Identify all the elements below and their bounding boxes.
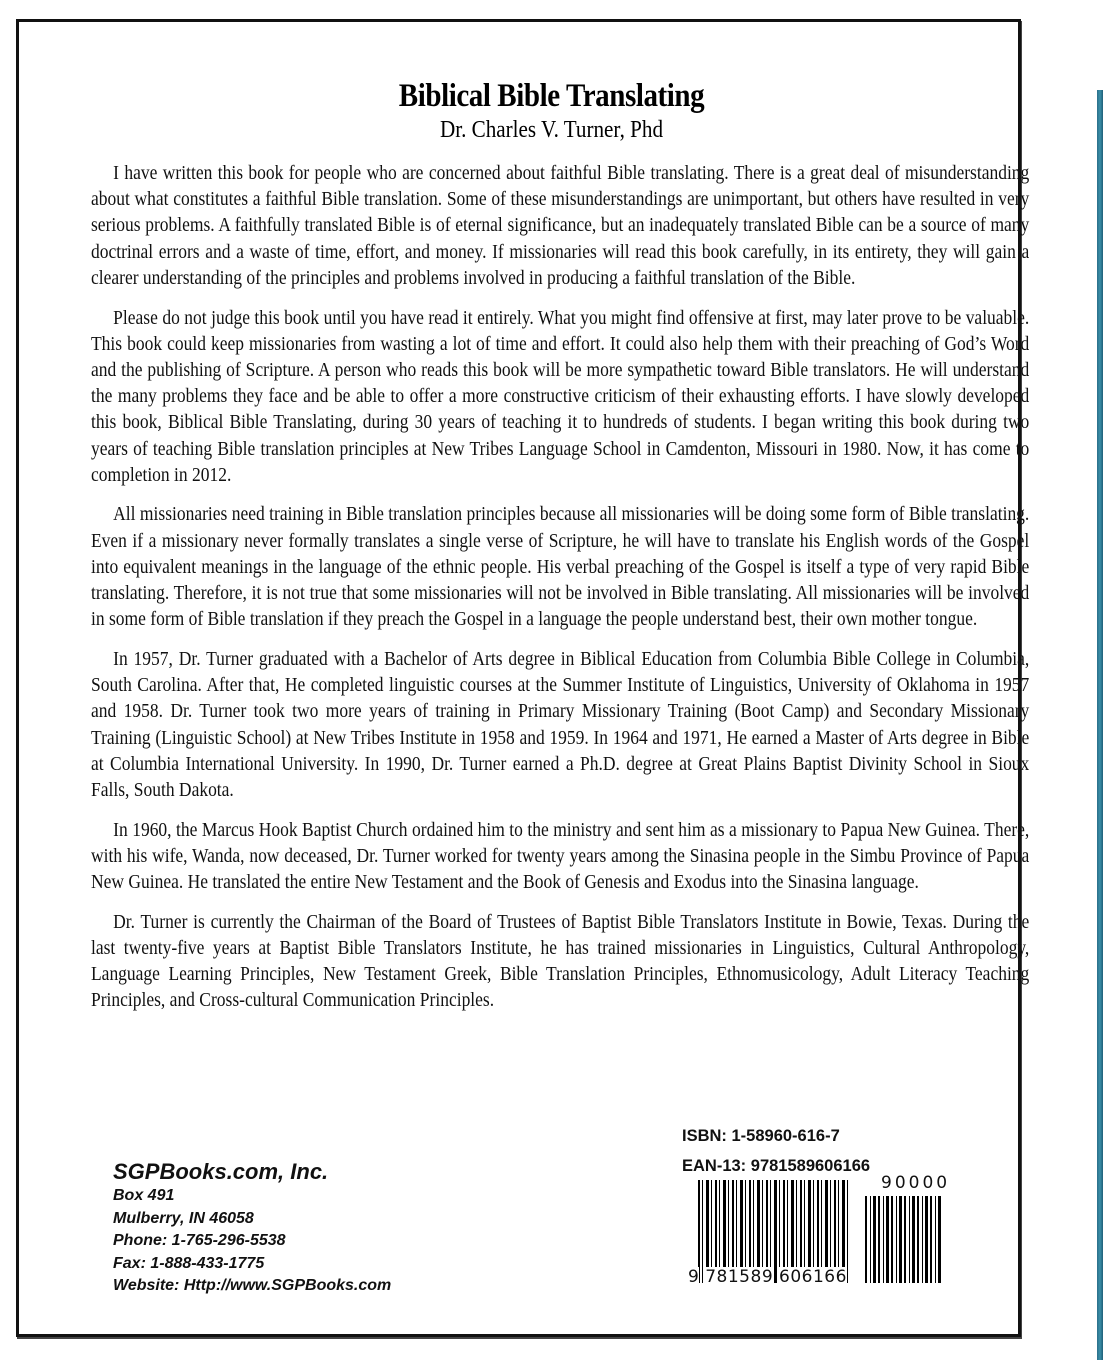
publisher-block: SGPBooks.com, Inc. Box 491 Mulberry, IN … xyxy=(113,1159,391,1298)
paragraph-education: In 1957, Dr. Turner graduated with a Bac… xyxy=(91,646,1029,803)
barcode-main-digits: 9 781589 606166 xyxy=(688,1267,847,1287)
paragraph-training: All missionaries need training in Bible … xyxy=(91,501,1029,632)
barcode-lead-digit: 9 xyxy=(688,1267,699,1287)
barcode-group1-digits: 781589 xyxy=(705,1267,773,1287)
publisher-website: Website: Http://www.SGPBooks.com xyxy=(113,1275,391,1298)
book-title: Biblical Bible Translating xyxy=(66,78,1037,115)
book-author: Dr. Charles V. Turner, Phd xyxy=(66,117,1037,144)
paragraph-current-role: Dr. Turner is currently the Chairman of … xyxy=(91,909,1029,1014)
publisher-address-box: Box 491 xyxy=(113,1185,391,1208)
barcode: 90000 9 781589 606166 xyxy=(688,1180,948,1290)
publisher-phone: Phone: 1-765-296-5538 xyxy=(113,1230,391,1253)
barcode-group2-digits: 606166 xyxy=(779,1267,847,1287)
barcode-addon-digits: 90000 xyxy=(881,1173,950,1193)
publisher-fax: Fax: 1-888-433-1775 xyxy=(113,1253,391,1276)
isbn-label: ISBN: 1-58960-616-7 xyxy=(682,1127,840,1146)
ean-label: EAN-13: 9781589606166 xyxy=(682,1157,870,1176)
paragraph-judgement: Please do not judge this book until you … xyxy=(91,305,1029,488)
spine-edge-strip xyxy=(1097,90,1103,1360)
back-cover-blurb: I have written this book for people who … xyxy=(91,160,1029,1027)
publisher-address-city: Mulberry, IN 46058 xyxy=(113,1208,391,1231)
publisher-name: SGPBooks.com, Inc. xyxy=(113,1159,391,1185)
paragraph-purpose: I have written this book for people who … xyxy=(91,160,1029,291)
paragraph-missionary-work: In 1960, the Marcus Hook Baptist Church … xyxy=(91,817,1029,896)
barcode-addon-bars xyxy=(865,1196,941,1283)
